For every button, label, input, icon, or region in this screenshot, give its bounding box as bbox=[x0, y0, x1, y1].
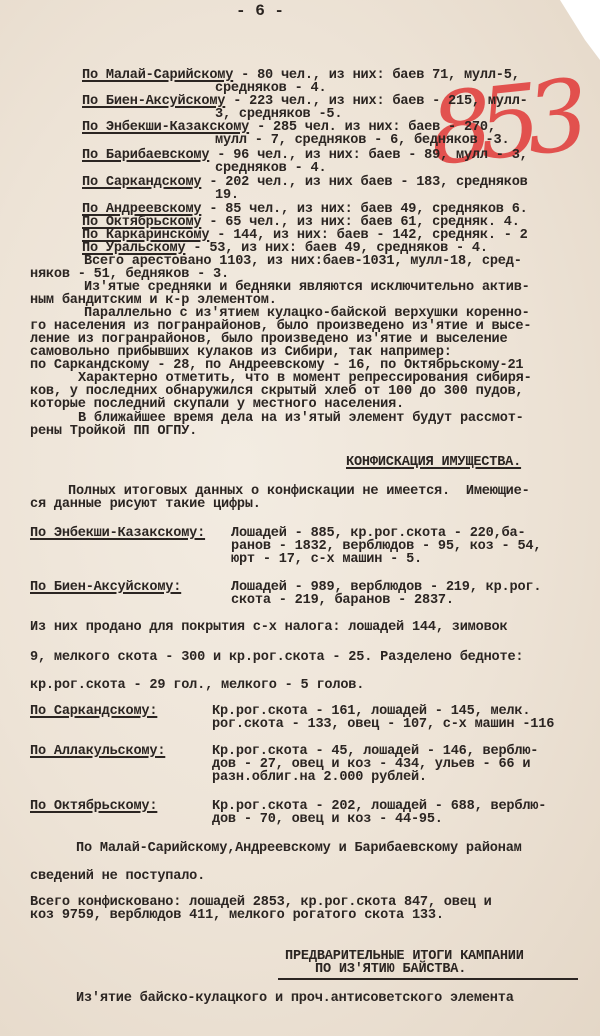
confiscation-line: дов - 70, овец и коз - 44-95. bbox=[212, 813, 443, 826]
confiscation-district: По Октябрьскому: bbox=[30, 800, 157, 813]
sold-line: кр.рог.скота - 29 гол., мелкого - 5 голо… bbox=[30, 679, 364, 692]
confiscation-line: рог.скота - 133, овец - 107, с-х машин -… bbox=[212, 718, 554, 731]
confiscation-heading: КОНФИСКАЦИЯ ИМУЩЕСТВА. bbox=[346, 456, 521, 469]
heading-rule bbox=[278, 978, 578, 980]
confiscation-line: юрт - 17, с-х машин - 5. bbox=[231, 553, 422, 566]
confiscation-line: скота - 219, баранов - 2837. bbox=[231, 594, 454, 607]
confiscation-district: По Энбекши-Казакскому: bbox=[30, 527, 205, 540]
no-data-line: По Малай-Сарийскому,Андреевскому и Бариб… bbox=[76, 842, 522, 855]
total-confiscated-line: коз 9759, верблюдов 411, мелкого рогатог… bbox=[30, 909, 444, 922]
results-heading: ПО ИЗ'ЯТИЮ БАЙСТВА. bbox=[315, 963, 466, 976]
confiscation-district: По Саркандскому: bbox=[30, 705, 157, 718]
arrest-row-cont: мулл - 7, средняков - 6, бедняков -3. bbox=[215, 134, 509, 147]
document-page: - 6 - 853 По Малай-Сарийскому - 80 чел.,… bbox=[0, 0, 600, 1036]
troika-line: рены Тройкой ПП ОГПУ. bbox=[30, 425, 197, 438]
sold-line: 9, мелкого скота - 300 и кр.рог.скота - … bbox=[30, 651, 523, 664]
confiscation-intro: ся данные рисуют такие цифры. bbox=[30, 498, 261, 511]
no-data-line: сведений не поступало. bbox=[30, 870, 205, 883]
arrest-row-cont: средняков - 4. bbox=[215, 162, 326, 175]
characteristic-line: которые последний скупали у местного нас… bbox=[30, 398, 404, 411]
arrest-row: По Саркандскому - 202 чел., из них баев … bbox=[82, 176, 528, 189]
confiscation-district: По Аллакульскому: bbox=[30, 745, 165, 758]
confiscation-district: По Биен-Аксуйскому: bbox=[30, 581, 181, 594]
page-number: - 6 - bbox=[0, 2, 520, 20]
sold-line: Из них продано для покрытия с-х налога: … bbox=[30, 621, 507, 634]
arrest-row-cont: 19. bbox=[215, 189, 239, 202]
results-first-line: Из'ятие байско-кулацкого и проч.антисове… bbox=[76, 992, 514, 1005]
confiscation-line: разн.облиг.на 2.000 рублей. bbox=[212, 771, 427, 784]
